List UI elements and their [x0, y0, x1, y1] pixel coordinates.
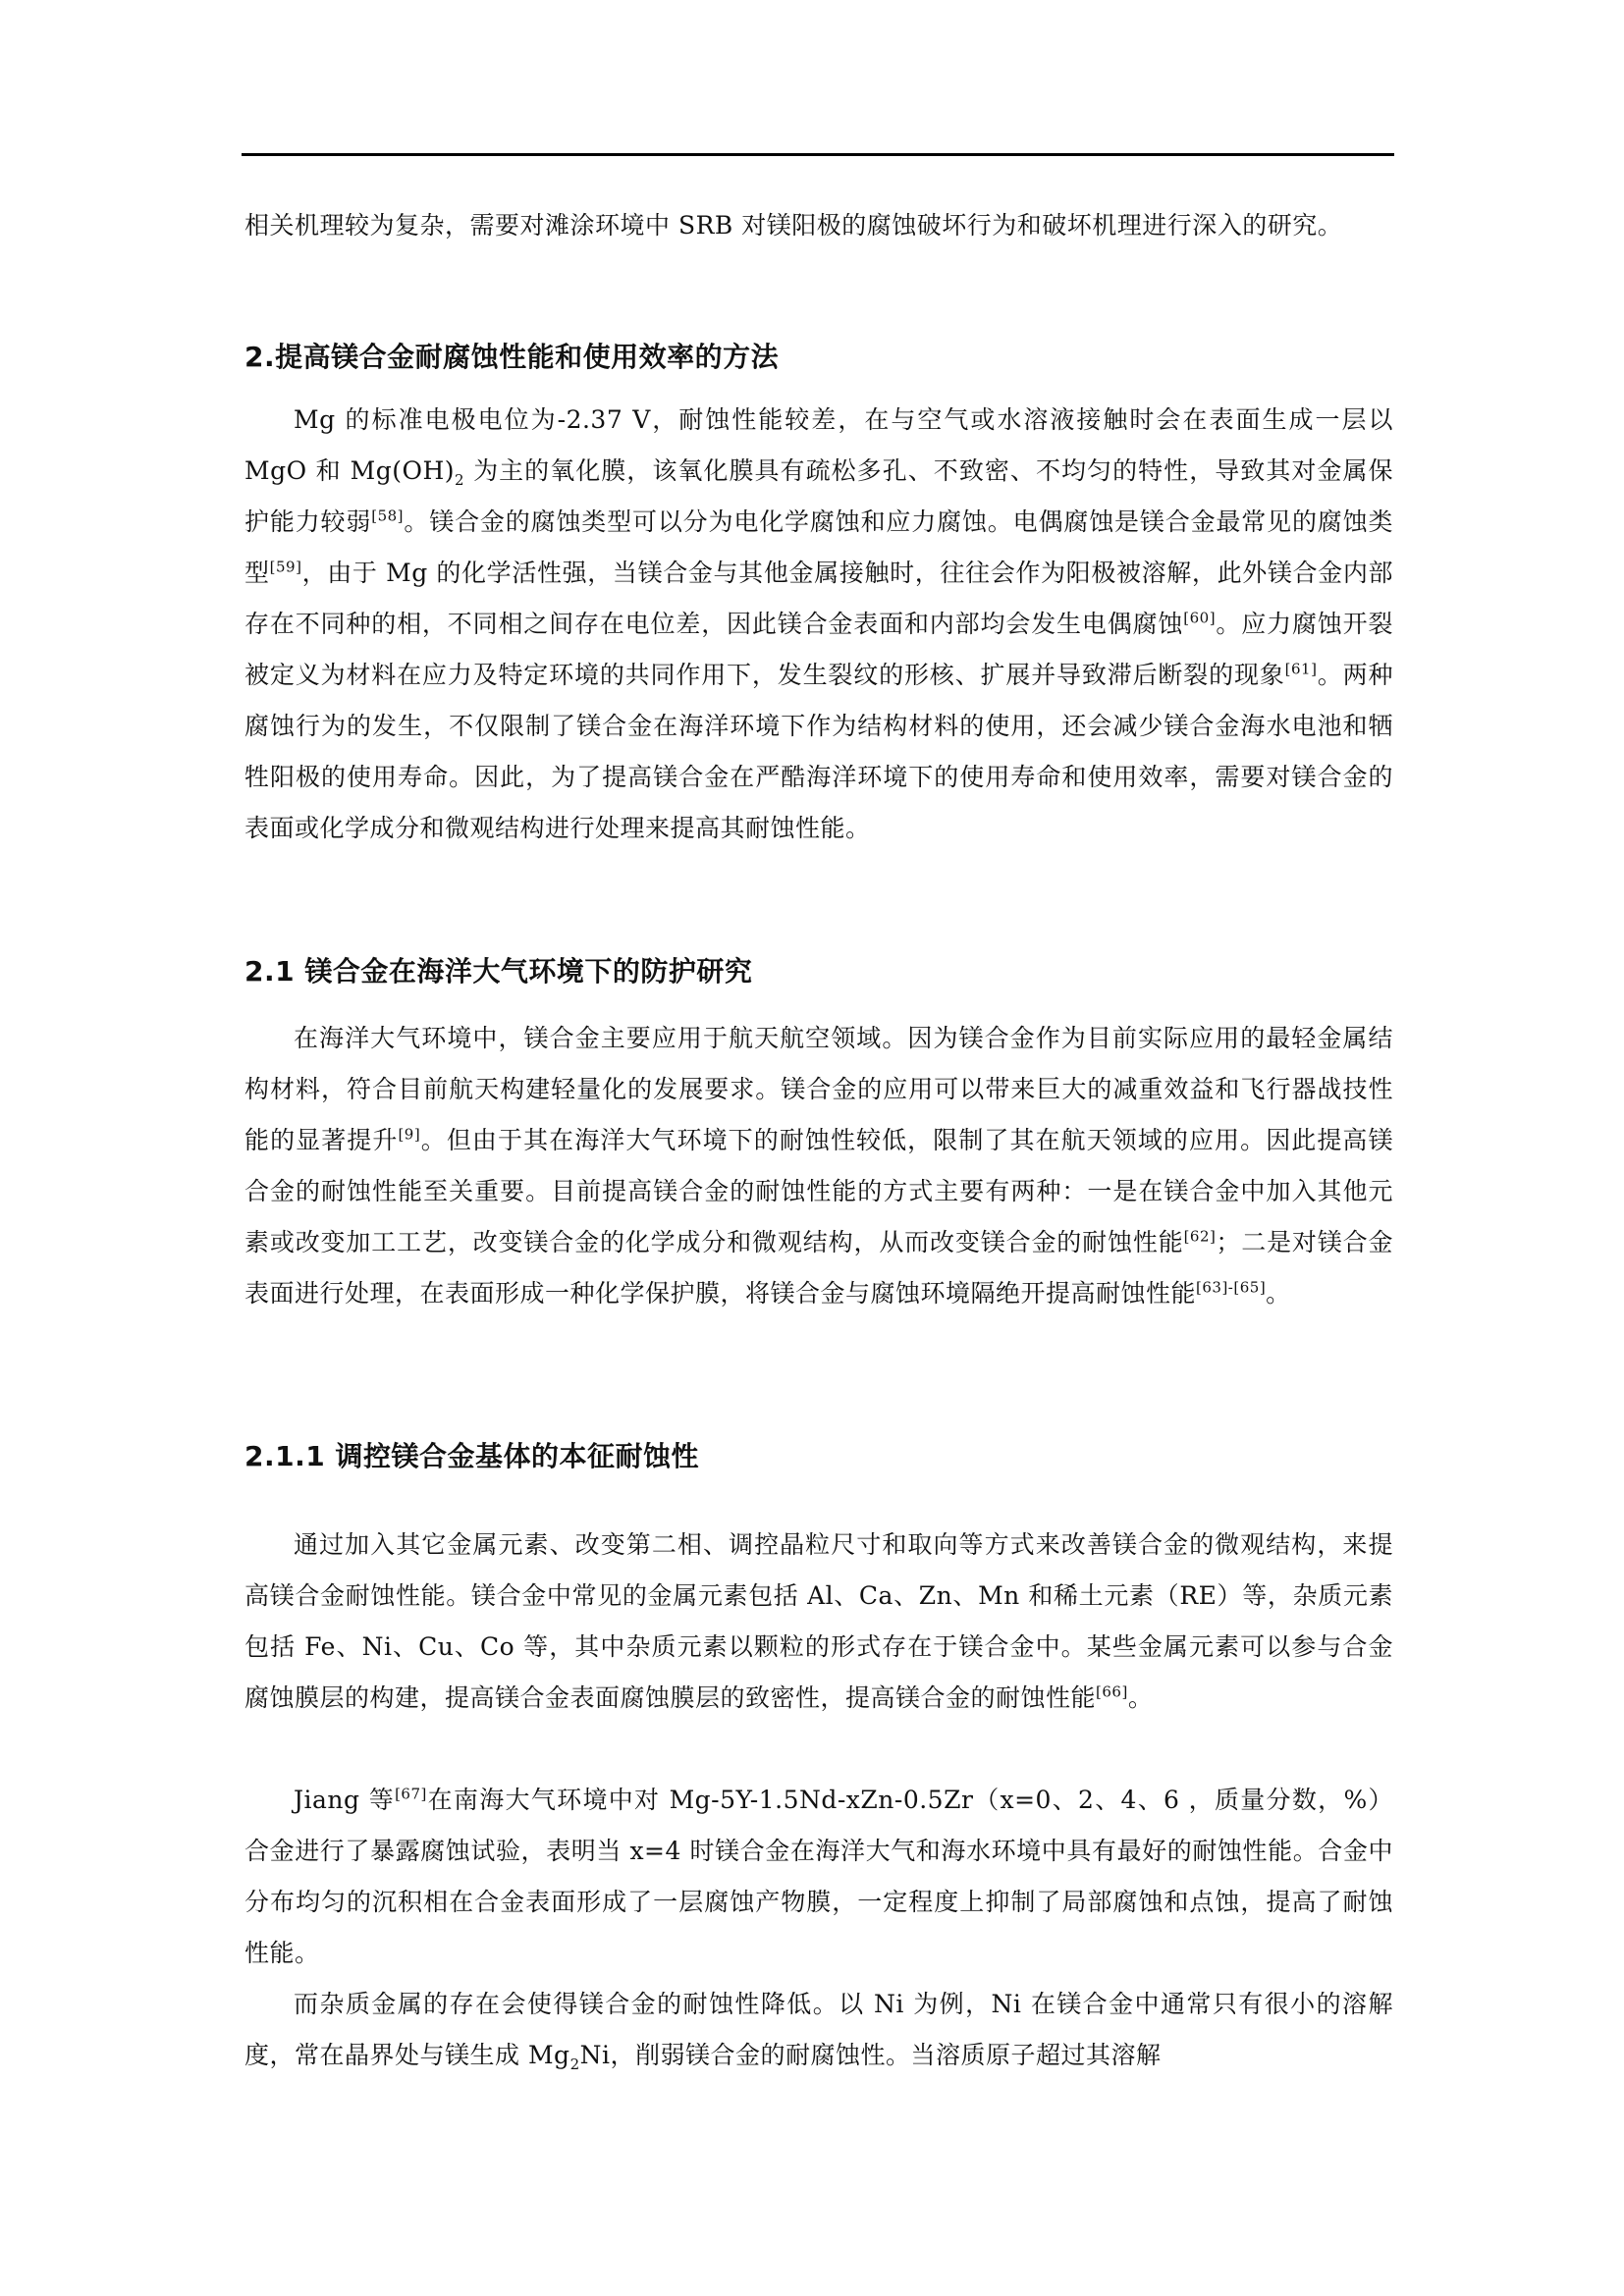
subscript: 2 [570, 2056, 580, 2073]
section-2-heading-block: 2.提高镁合金耐腐蚀性能和使用效率的方法 [244, 336, 1393, 375]
paragraph-text: 而杂质金属的存在会使得镁合金的耐蚀性降低。以 Ni 为例，Ni 在镁合金中通常只… [244, 1979, 1393, 2081]
text-run: 在南海大气环境中对 Mg-5Y-1.5Nd-xZn-0.5Zr（x=0、2、4、… [244, 1786, 1393, 1967]
continuation-paragraph: 相关机理较为复杂，需要对滩涂环境中 SRB 对镁阳极的腐蚀破坏行为和破坏机理进行… [244, 200, 1393, 251]
paragraph-text: Jiang 等[67]在南海大气环境中对 Mg-5Y-1.5Nd-xZn-0.5… [244, 1775, 1393, 1979]
text-run: Jiang 等 [294, 1786, 395, 1814]
section-2-1-1-paragraph-a: 通过加入其它金属元素、改变第二相、调控晶粒尺寸和取向等方式来改善镁合金的微观结构… [244, 1520, 1393, 1724]
citation-ref: [62] [1184, 1228, 1217, 1246]
text-run: 。 [1266, 1279, 1291, 1308]
text-run: 通过加入其它金属元素、改变第二相、调控晶粒尺寸和取向等方式来改善镁合金的微观结构… [244, 1530, 1393, 1712]
citation-ref: [67] [395, 1786, 427, 1803]
citation-ref: [9] [398, 1126, 420, 1144]
section-2-1-1-paragraph-c: 而杂质金属的存在会使得镁合金的耐蚀性降低。以 Ni 为例，Ni 在镁合金中通常只… [244, 1979, 1393, 2081]
text-run: Ni，削弱镁合金的耐腐蚀性。当溶质原子超过其溶解 [580, 2041, 1162, 2069]
citation-ref: [66] [1096, 1683, 1128, 1701]
header-rule [242, 153, 1394, 156]
citation-ref: [58] [371, 507, 404, 525]
section-heading: 2.提高镁合金耐腐蚀性能和使用效率的方法 [244, 336, 1393, 375]
section-2-1-1-heading-block: 2.1.1 调控镁合金基体的本征耐蚀性 [244, 1435, 1393, 1474]
section-heading: 2.1 镁合金在海洋大气环境下的防护研究 [244, 950, 1393, 989]
text-run: 。 [1128, 1683, 1154, 1712]
paragraph-text: 通过加入其它金属元素、改变第二相、调控晶粒尺寸和取向等方式来改善镁合金的微观结构… [244, 1520, 1393, 1724]
paragraph-text: 在海洋大气环境中，镁合金主要应用于航天航空领域。因为镁合金作为目前实际应用的最轻… [244, 1013, 1393, 1319]
citation-ref: [59] [270, 559, 302, 576]
section-2-paragraph: Mg 的标准电极电位为-2.37 V，耐蚀性能较差，在与空气或水溶液接触时会在表… [244, 395, 1393, 854]
section-2-1-1-paragraph-b: Jiang 等[67]在南海大气环境中对 Mg-5Y-1.5Nd-xZn-0.5… [244, 1775, 1393, 1979]
section-2-1-paragraph: 在海洋大气环境中，镁合金主要应用于航天航空领域。因为镁合金作为目前实际应用的最轻… [244, 1013, 1393, 1319]
section-2-1-heading-block: 2.1 镁合金在海洋大气环境下的防护研究 [244, 950, 1393, 989]
citation-ref: [60] [1183, 610, 1216, 627]
paragraph-text: Mg 的标准电极电位为-2.37 V，耐蚀性能较差，在与空气或水溶液接触时会在表… [244, 395, 1393, 854]
citation-ref: [61] [1285, 661, 1318, 678]
paragraph-text: 相关机理较为复杂，需要对滩涂环境中 SRB 对镁阳极的腐蚀破坏行为和破坏机理进行… [244, 200, 1393, 251]
citation-ref: [63]-[65] [1196, 1279, 1266, 1297]
subscript: 2 [455, 471, 464, 489]
subsection-heading: 2.1.1 调控镁合金基体的本征耐蚀性 [244, 1435, 1393, 1474]
